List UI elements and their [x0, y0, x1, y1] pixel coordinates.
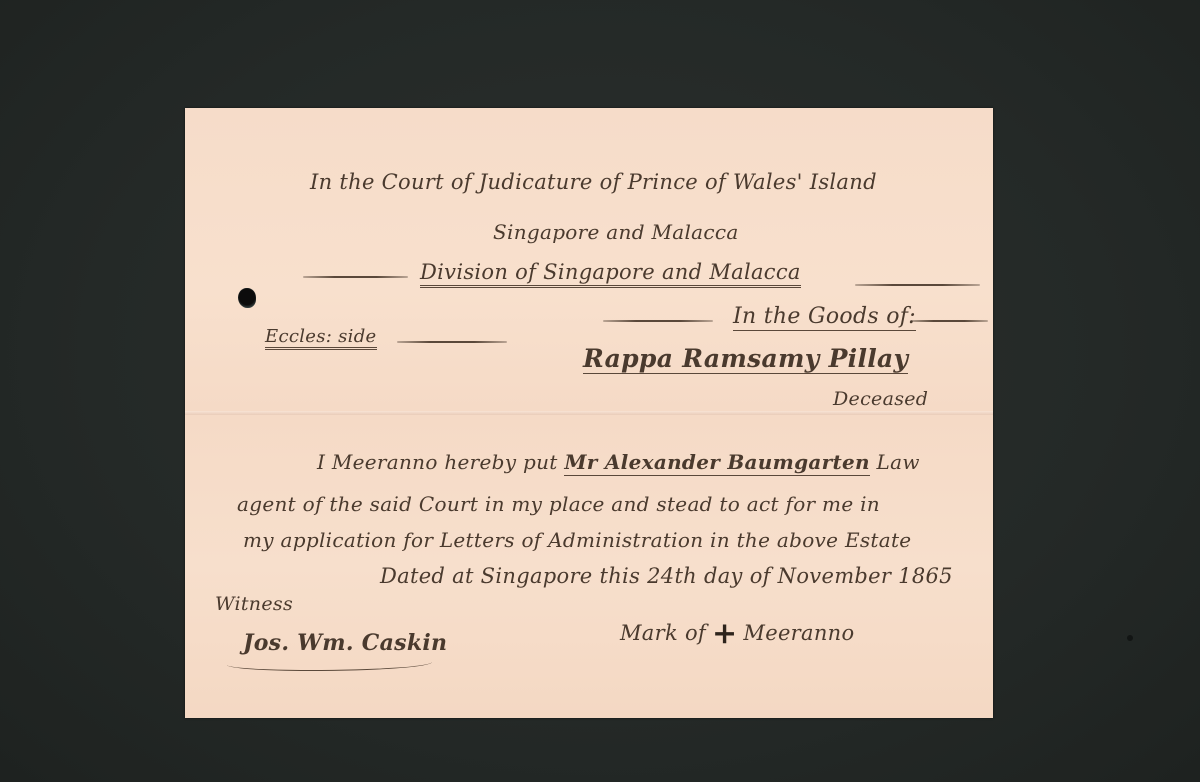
decorative-rule [910, 320, 988, 322]
body-text: Law [870, 450, 920, 474]
fold-crease [185, 411, 993, 415]
document-page: In the Court of Judicature of Prince of … [185, 108, 993, 718]
deceased-label: Deceased [833, 388, 928, 410]
in-the-goods-of-label: In the Goods of: [733, 304, 916, 331]
witness-label: Witness [215, 593, 293, 615]
background-speck [1127, 635, 1133, 641]
deceased-name: Rappa Ramsamy Pillay [583, 344, 908, 374]
decorative-rule [397, 341, 507, 343]
division-title: Division of Singapore and Malacca [420, 260, 801, 288]
decorative-rule [855, 284, 980, 286]
body-line-2: agent of the said Court in my place and … [237, 492, 880, 516]
body-text: I Meeranno hereby put [317, 450, 564, 474]
mark-line: Mark of+Meeranno [620, 616, 854, 651]
cross-mark-icon: + [712, 616, 737, 651]
body-line-1: I Meeranno hereby put Mr Alexander Baumg… [317, 450, 920, 474]
decorative-rule [603, 320, 713, 322]
punch-hole [238, 288, 256, 308]
body-line-3: my application for Letters of Administra… [243, 528, 911, 552]
signatory-name: Meeranno [743, 621, 854, 645]
appointee-name: Mr Alexander Baumgarten [564, 450, 870, 476]
signature-flourish [227, 656, 432, 671]
court-title: In the Court of Judicature of Prince of … [310, 170, 877, 194]
dated-line: Dated at Singapore this 24th day of Nove… [380, 564, 953, 588]
decorative-rule [303, 276, 408, 278]
jurisdiction-label: Eccles: side [265, 326, 377, 350]
court-subtitle: Singapore and Malacca [493, 220, 739, 244]
witness-signature: Jos. Wm. Caskin [243, 630, 447, 656]
mark-label: Mark of [620, 621, 706, 645]
